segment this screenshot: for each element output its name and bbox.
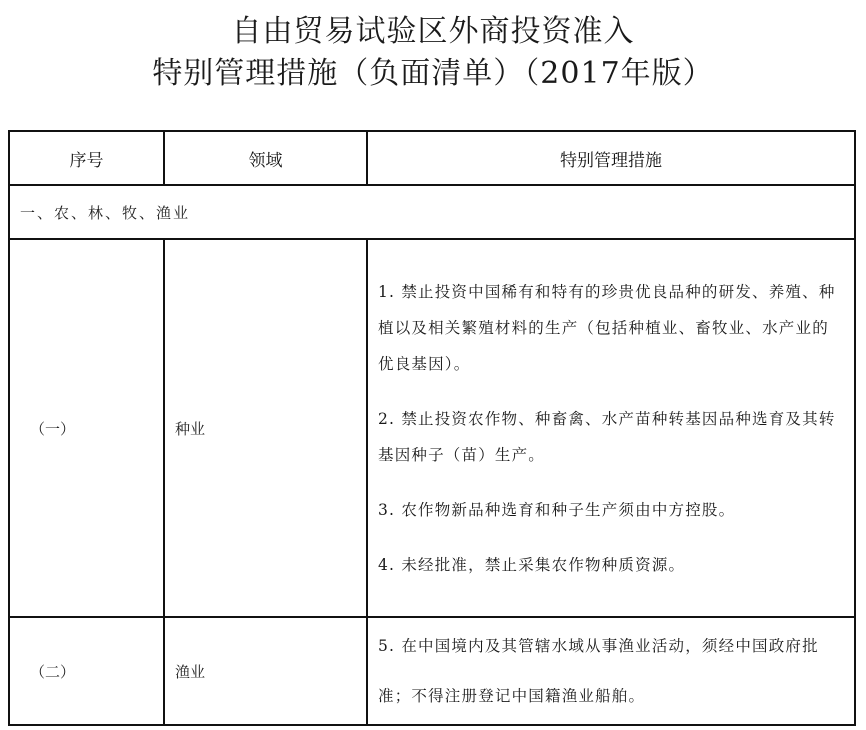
measure-item: 2. 禁止投资农作物、种畜禽、水产苗种转基因品种选育及其转基因种子（苗）生产。: [378, 401, 844, 473]
measure-item: 1. 禁止投资中国稀有和特有的珍贵优良品种的研发、养殖、种植以及相关繁殖材料的生…: [378, 274, 844, 382]
table-row: （一） 种业 1. 禁止投资中国稀有和特有的珍贵优良品种的研发、养殖、种植以及相…: [9, 239, 855, 617]
row-number: （一）: [9, 239, 164, 617]
measure-item: 5. 在中国境内及其管辖水域从事渔业活动，须经中国政府批准；不得注册登记中国籍渔…: [378, 621, 844, 721]
section-title: 一、农、林、牧、渔业: [9, 185, 855, 239]
table-row: （二） 渔业 5. 在中国境内及其管辖水域从事渔业活动，须经中国政府批准；不得注…: [9, 617, 855, 725]
header-serial-number: 序号: [9, 131, 164, 185]
section-row-agriculture: 一、农、林、牧、渔业: [9, 185, 855, 239]
row-number: （二）: [9, 617, 164, 725]
document-title-line-1: 自由贸易试验区外商投资准入: [0, 6, 866, 50]
negative-list-table: 序号 领域 特别管理措施 一、农、林、牧、渔业 （一） 种业 1. 禁止投资中国…: [8, 130, 856, 726]
table-header-row: 序号 领域 特别管理措施: [9, 131, 855, 185]
measure-item: 4. 未经批准，禁止采集农作物种质资源。: [378, 547, 844, 583]
header-field: 领域: [164, 131, 367, 185]
row-measures: 5. 在中国境内及其管辖水域从事渔业活动，须经中国政府批准；不得注册登记中国籍渔…: [367, 617, 855, 725]
measure-item: 3. 农作物新品种选育和种子生产须由中方控股。: [378, 492, 844, 528]
row-measures: 1. 禁止投资中国稀有和特有的珍贵优良品种的研发、养殖、种植以及相关繁殖材料的生…: [367, 239, 855, 617]
row-field: 渔业: [164, 617, 367, 725]
header-special-measures: 特别管理措施: [367, 131, 855, 185]
row-field: 种业: [164, 239, 367, 617]
document-title-line-2: 特别管理措施（负面清单）（2017年版）: [0, 48, 866, 92]
